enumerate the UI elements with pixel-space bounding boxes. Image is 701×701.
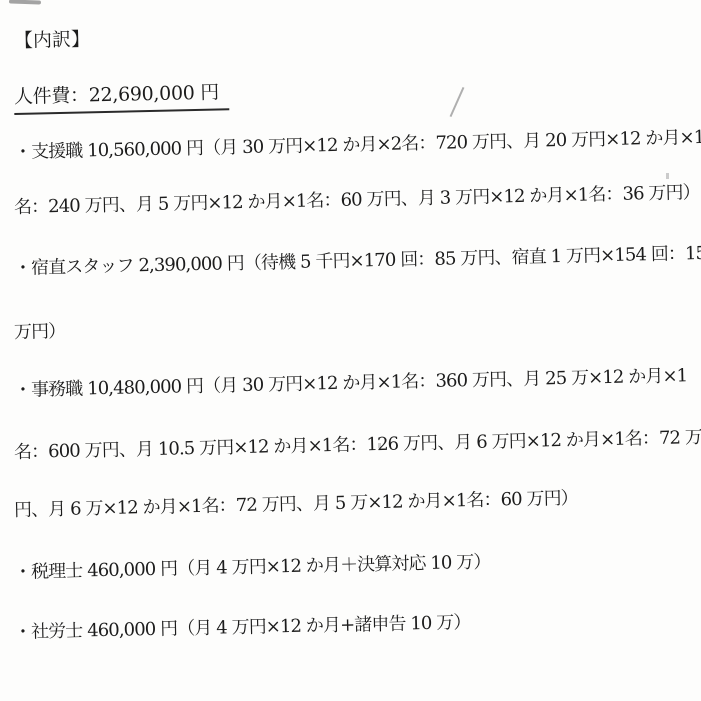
line-labor-consultant: ・社労士 460,000 円（月 4 万円×12 か月+諸申告 10 万） (14, 603, 701, 648)
line-night-duty-staff-2: 万円） (14, 303, 701, 348)
scanned-document-page: 【内訳】 人件費：22,690,000 円 ・支援職 10,560,000 円（… (0, 0, 701, 701)
personnel-cost-total-line: 人件費：22,690,000 円 (14, 67, 701, 115)
line-support-staff-1: ・支援職 10,560,000 円（月 30 万円×12 か月×2名：720 万… (14, 123, 701, 168)
line-office-staff-2: 名：600 万円、月 10.5 万円×12 か月×1名：126 万円、月 6 万… (14, 423, 701, 468)
line-night-duty-staff-1: ・宿直スタッフ 2,390,000 円（待機 5 千円×170 回：85 万円、… (14, 239, 701, 284)
line-office-staff-1: ・事務職 10,480,000 円（月 30 万円×12 か月×1名：360 万… (14, 361, 701, 406)
line-office-staff-3: 円、月 6 万×12 か月×1名：72 万円、月 5 万×12 か月×1名：60… (14, 481, 701, 526)
line-tax-accountant: ・税理士 460,000 円（月 4 万円×12 か月＋決算対応 10 万） (14, 543, 701, 588)
line-support-staff-2: 名：240 万円、月 5 万円×12 か月×1名：60 万円、月 3 万円×12… (14, 178, 701, 223)
scan-artifact-smudge (9, 0, 41, 5)
section-title: 【内訳】 (14, 11, 701, 56)
personnel-cost-total-text: 人件費：22,690,000 円 (14, 77, 230, 115)
